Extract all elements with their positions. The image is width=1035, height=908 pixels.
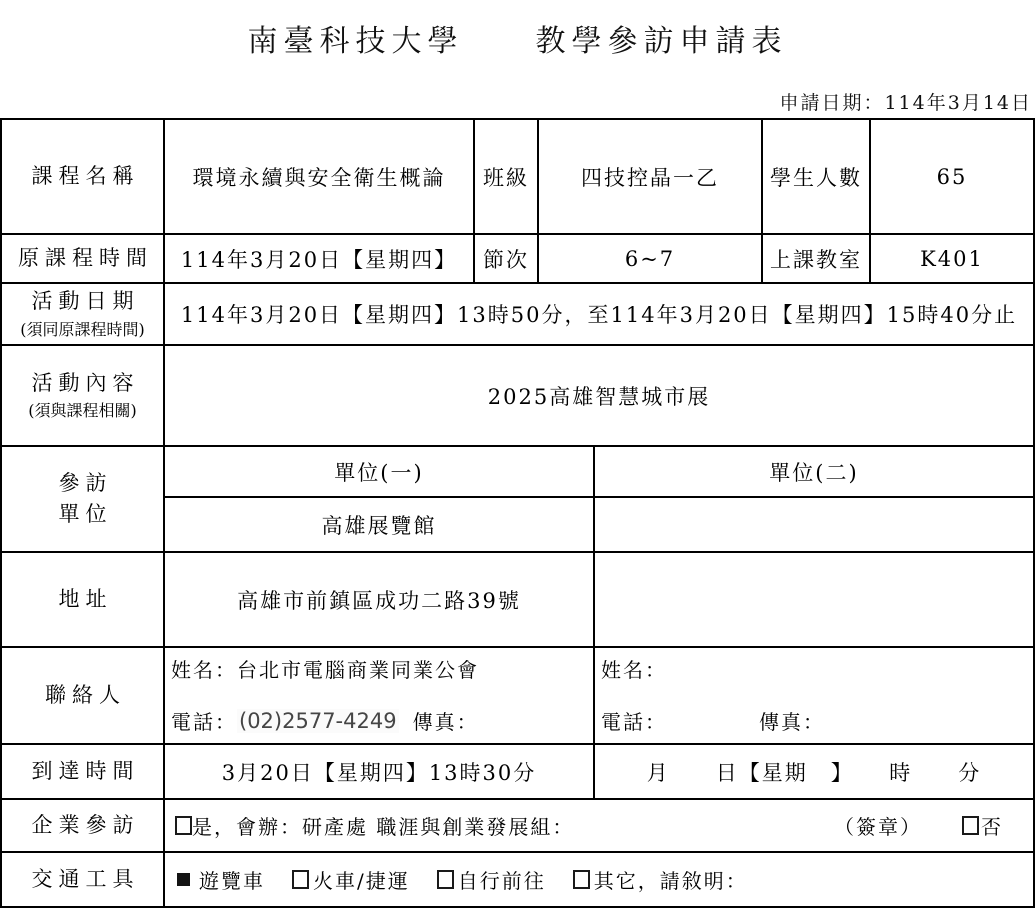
form-table: 課程名稱 環境永續與安全衛生概論 班級 四技控晶一乙 學生人數 65 原課程時間… — [0, 118, 1035, 908]
enterprise-no-checkbox[interactable] — [962, 816, 979, 835]
activity-date-note: (須同原課程時間) — [20, 318, 145, 342]
class-label: 班級 — [475, 120, 539, 233]
transport-bus-text: 遊覽車 — [199, 865, 265, 894]
enterprise-yes-checkbox[interactable] — [175, 816, 192, 835]
contact-unit1: 姓名：台北市電腦商業同業公會 電話：(02)2577-4249傳真： — [165, 648, 595, 743]
visit-units-value-row: 高雄展覽館 — [165, 498, 1033, 551]
original-time-label: 原課程時間 — [2, 235, 165, 282]
unit1-header: 單位(一) — [165, 447, 595, 496]
unit2-value — [595, 498, 1033, 551]
address-label: 地址 — [2, 553, 165, 646]
apply-date: 申請日期：114年3月14日 — [779, 88, 1032, 115]
transport-self-text: 自行前往 — [458, 865, 546, 894]
contact-unit1-name-value: 台北市電腦商業同業公會 — [237, 654, 479, 683]
transport-bus-checkbox-checked[interactable] — [177, 873, 190, 886]
enterprise-label: 企業參訪 — [2, 800, 165, 851]
unit1-value: 高雄展覽館 — [165, 498, 595, 551]
contact-unit1-phone-label: 電話： — [171, 706, 237, 735]
transport-option-other: 其它，請敘明： — [573, 865, 748, 894]
course-value: 環境永續與安全衛生概論 — [165, 120, 475, 233]
arrival-unit1-value: 3月20日【星期四】13時30分 — [165, 745, 595, 798]
contact-unit1-phone-line: 電話：(02)2577-4249傳真： — [171, 706, 479, 735]
transport-option-train: 火車/捷運 — [292, 865, 410, 894]
activity-content-label: 活動內容 (須與課程相關) — [2, 346, 165, 445]
transport-self-checkbox[interactable] — [437, 870, 454, 889]
contact-unit2-name-line: 姓名： — [601, 654, 667, 683]
contact-unit1-name-label: 姓名： — [171, 654, 237, 683]
contact-unit1-phone-value: (02)2577-4249 — [237, 709, 399, 733]
enterprise-yes-text: 是，會辦：研產處 職涯與創業發展組： — [192, 811, 574, 840]
address-unit1-value: 高雄市前鎮區成功二路39號 — [165, 553, 595, 646]
period-value: 6~7 — [539, 235, 763, 282]
transport-train-text: 火車/捷運 — [313, 865, 410, 894]
contact-label: 聯絡人 — [2, 648, 165, 743]
contact-unit1-name-line: 姓名：台北市電腦商業同業公會 — [171, 654, 479, 683]
enterprise-cell: 是，會辦：研產處 職涯與創業發展組： （簽章） 否 — [165, 800, 1033, 851]
row-visit-units: 參訪 單位 單位(一) 單位(二) 高雄展覽館 — [2, 447, 1033, 553]
arrival-label: 到達時間 — [2, 745, 165, 798]
contact-unit2-fax-label: 傳真： — [759, 706, 825, 735]
unit2-header: 單位(二) — [595, 447, 1033, 496]
row-enterprise: 企業參訪 是，會辦：研產處 職涯與創業發展組： （簽章） 否 — [2, 800, 1033, 853]
transport-other-text: 其它，請敘明： — [594, 865, 748, 894]
visit-units-split: 單位(一) 單位(二) 高雄展覽館 — [165, 447, 1033, 551]
enterprise-no-text: 否 — [981, 811, 1003, 840]
transport-cell: 遊覽車 火車/捷運 自行前往 其它，請敘明： — [165, 853, 1033, 906]
row-original-time: 原課程時間 114年3月20日【星期四】 節次 6~7 上課教室 K401 — [2, 235, 1033, 284]
contact-unit2-name-label: 姓名： — [601, 654, 667, 683]
students-label: 學生人數 — [763, 120, 871, 233]
classroom-value: K401 — [871, 235, 1033, 282]
transport-option-bus: 遊覽車 — [177, 865, 265, 894]
contact-unit2-phone-line: 電話：傳真： — [601, 706, 825, 735]
arrival-unit2-value: 月 日【星期 】 時 分 — [595, 745, 1033, 798]
address-unit2-value — [595, 553, 1033, 646]
activity-date-label: 活動日期 (須同原課程時間) — [2, 284, 165, 344]
visit-units-header-row: 單位(一) 單位(二) — [165, 447, 1033, 498]
row-course: 課程名稱 環境永續與安全衛生概論 班級 四技控晶一乙 學生人數 65 — [2, 120, 1033, 235]
row-contact: 聯絡人 姓名：台北市電腦商業同業公會 電話：(02)2577-4249傳真： 姓… — [2, 648, 1033, 745]
contact-unit1-fax-label: 傳真： — [413, 706, 479, 735]
contact-unit2: 姓名： 電話：傳真： — [595, 648, 1033, 743]
row-arrival: 到達時間 3月20日【星期四】13時30分 月 日【星期 】 時 分 — [2, 745, 1033, 800]
page-title: 南臺科技大學 教學參訪申請表 — [0, 16, 1035, 60]
transport-option-self: 自行前往 — [437, 865, 546, 894]
application-form-page: 南臺科技大學 教學參訪申請表 申請日期：114年3月14日 課程名稱 環境永續與… — [0, 0, 1035, 908]
activity-date-value: 114年3月20日【星期四】13時50分，至114年3月20日【星期四】15時4… — [165, 284, 1033, 344]
contact-unit2-phone-label: 電話： — [601, 706, 667, 735]
class-value: 四技控晶一乙 — [539, 120, 763, 233]
transport-train-checkbox[interactable] — [292, 870, 309, 889]
period-label: 節次 — [475, 235, 539, 282]
course-label: 課程名稱 — [2, 120, 165, 233]
transport-label: 交通工具 — [2, 853, 165, 906]
classroom-label: 上課教室 — [763, 235, 871, 282]
transport-other-checkbox[interactable] — [573, 870, 590, 889]
students-value: 65 — [871, 120, 1033, 233]
enterprise-seal-text: （簽章） — [834, 811, 922, 840]
activity-content-value: 2025高雄智慧城市展 — [165, 346, 1033, 445]
activity-content-note: (須與課程相關) — [28, 399, 137, 423]
visit-units-label: 參訪 單位 — [2, 447, 165, 551]
original-time-value: 114年3月20日【星期四】 — [165, 235, 475, 282]
row-activity-content: 活動內容 (須與課程相關) 2025高雄智慧城市展 — [2, 346, 1033, 447]
row-activity-date: 活動日期 (須同原課程時間) 114年3月20日【星期四】13時50分，至114… — [2, 284, 1033, 346]
row-address: 地址 高雄市前鎮區成功二路39號 — [2, 553, 1033, 648]
row-transport: 交通工具 遊覽車 火車/捷運 自行前往 其它，請敘明： — [2, 853, 1033, 906]
